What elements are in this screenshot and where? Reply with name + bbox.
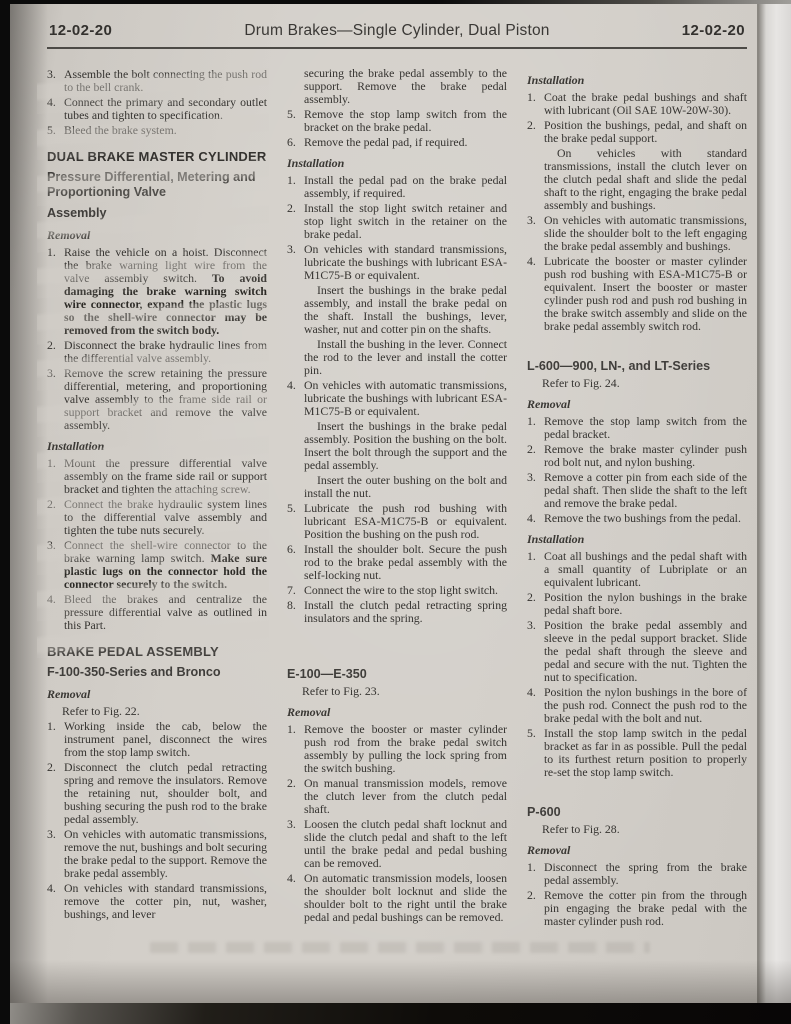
list-item: 6.Remove the pedal pad, if required. [287, 136, 507, 149]
list-item: 3.Loosen the clutch pedal shaft locknut … [287, 818, 507, 870]
list-item-number: 5. [527, 727, 544, 779]
list-item-text: Disconnect the spring from the brake ped… [544, 861, 747, 887]
binding-shadow [10, 3, 48, 1024]
list-item-number: 3. [527, 619, 544, 684]
list-item-text: On manual transmission models, remove th… [304, 777, 507, 816]
section-heading: DUAL BRAKE MASTER CYLINDER [47, 149, 267, 164]
subsection-heading: L-600—900, LN-, and LT-Series [527, 359, 747, 374]
list-item: 1.Mount the pressure differential valve … [47, 457, 267, 496]
reference-paragraph: Refer to Fig. 28. [527, 823, 747, 836]
list-item: 4.Connect the primary and secondary outl… [47, 96, 267, 122]
list-item-number: 1. [527, 861, 544, 887]
list-item: 1.Remove the booster or master cylinder … [287, 723, 507, 775]
scan-left-edge [0, 0, 10, 1024]
list-item: 2.On manual transmission models, remove … [287, 777, 507, 816]
list-item-text: Remove the brake master cylinder push ro… [544, 443, 747, 469]
list-paragraph: Insert the bushings in the brake pedal a… [304, 284, 507, 336]
list-item-text: Remove the two bushings from the pedal. [544, 512, 747, 525]
list-item-number: 1. [287, 723, 304, 775]
section-heading: BRAKE PEDAL ASSEMBLY [47, 644, 267, 659]
reference-paragraph: Refer to Fig. 22. [47, 705, 267, 718]
list-item-number: 8. [287, 599, 304, 625]
column-container: 3.Assemble the bolt connecting the push … [47, 66, 747, 930]
list-item: 6.Install the shoulder bolt. Secure the … [287, 543, 507, 582]
list-item: 5.Lubricate the push rod bushing with lu… [287, 502, 507, 541]
list-item-number: 3. [47, 68, 64, 94]
list-item-number: 6. [287, 136, 304, 149]
list-item: 3.Remove the screw retaining the pressur… [47, 367, 267, 432]
list-item-text: On vehicles with standard transmissions,… [64, 882, 267, 921]
list-item-number: 4. [47, 882, 64, 921]
list-item: 3.On vehicles with standard transmission… [287, 243, 507, 282]
list-item-text: Remove the cotter pin from the through p… [544, 889, 747, 928]
list-item-number: 1. [287, 174, 304, 200]
list-item-number: 4. [47, 593, 64, 632]
list-item: 2.Position the bushings, pedal, and shaf… [527, 119, 747, 145]
list-item: 2.Disconnect the clutch pedal retracting… [47, 761, 267, 826]
list-item: 8.Install the clutch pedal retracting sp… [287, 599, 507, 625]
list-item: 3.Position the brake pedal assembly and … [527, 619, 747, 684]
list-item-text: Connect the primary and secondary outlet… [64, 96, 267, 122]
manual-page: 12-02-20 Drum Brakes—Single Cylinder, Du… [10, 3, 759, 1024]
list-item: 2.Connect the brake hydraulic system lin… [47, 498, 267, 537]
list-item-number: 3. [47, 828, 64, 880]
list-item-text: Install the pedal pad on the brake pedal… [304, 174, 507, 200]
scanned-manual-page: 12-02-20 Drum Brakes—Single Cylinder, Du… [0, 0, 791, 1024]
list-item-number: 2. [47, 761, 64, 826]
column-left: 3.Assemble the bolt connecting the push … [47, 66, 267, 930]
list-item-text: Coat all bushings and the pedal shaft wi… [544, 550, 747, 589]
procedure-label: Removal [47, 688, 267, 701]
list-item-text: Mount the pressure differential valve as… [64, 457, 267, 496]
column-right: Installation1.Coat the brake pedal bushi… [527, 66, 747, 930]
list-item: 2.Install the stop light switch retainer… [287, 202, 507, 241]
procedure-label: Removal [527, 844, 747, 857]
list-item: 3.On vehicles with automatic transmissio… [527, 214, 747, 253]
list-item: 1.Remove the stop lamp switch from the p… [527, 415, 747, 441]
list-item-number: 4. [47, 96, 64, 122]
list-item-number: 1. [527, 91, 544, 117]
list-item-text: Assemble the bolt connecting the push ro… [64, 68, 267, 94]
reference-paragraph: Refer to Fig. 23. [287, 685, 507, 698]
list-paragraph: Insert the bushings in the brake pedal a… [304, 420, 507, 472]
list-item: 4.On vehicles with standard transmission… [47, 882, 267, 921]
list-item-text: Connect the shell-wire connector to the … [64, 539, 267, 591]
page-number-right: 12-02-20 [595, 22, 745, 39]
procedure-label: Installation [527, 74, 747, 87]
list-item: 3.Remove a cotter pin from each side of … [527, 471, 747, 510]
page-title: Drum Brakes—Single Cylinder, Dual Piston [199, 22, 595, 40]
list-item-text: Coat the brake pedal bushings and shaft … [544, 91, 747, 117]
list-item-number: 6. [287, 543, 304, 582]
procedure-label: Removal [47, 229, 267, 242]
list-item-text: On vehicles with automatic transmissions… [64, 828, 267, 880]
list-item-text: Remove the stop lamp switch from the ped… [544, 415, 747, 441]
list-item-text: On vehicles with standard transmissions,… [304, 243, 507, 282]
list-item-text: Remove the booster or master cylinder pu… [304, 723, 507, 775]
subsection-heading: E-100—E-350 [287, 667, 507, 682]
procedure-label: Installation [527, 533, 747, 546]
list-item-text: Install the shoulder bolt. Secure the pu… [304, 543, 507, 582]
list-item-number: 2. [527, 443, 544, 469]
list-item-text: On vehicles with automatic transmissions… [544, 214, 747, 253]
list-item-number: 2. [527, 889, 544, 928]
list-item: 2.Remove the brake master cylinder push … [527, 443, 747, 469]
subsection-heading: Pressure Differential, Metering and Prop… [47, 170, 267, 200]
page-number-left: 12-02-20 [49, 22, 199, 39]
list-item-number: 3. [47, 367, 64, 432]
list-item-text: Connect the brake hydraulic system lines… [64, 498, 267, 537]
list-item-number: 5. [287, 108, 304, 134]
list-item-text: Install the clutch pedal retracting spri… [304, 599, 507, 625]
list-item-number: 5. [47, 124, 64, 137]
list-item-number: 4. [287, 379, 304, 418]
list-item-text: Disconnect the brake hydraulic lines fro… [64, 339, 267, 365]
list-item: 1.Coat all bushings and the pedal shaft … [527, 550, 747, 589]
list-item-text: Install the stop lamp switch in the peda… [544, 727, 747, 779]
list-item: 4.Remove the two bushings from the pedal… [527, 512, 747, 525]
list-item: 1.Coat the brake pedal bushings and shaf… [527, 91, 747, 117]
list-item-number: 1. [527, 415, 544, 441]
header-rule [47, 47, 747, 49]
list-item: 3.Assemble the bolt connecting the push … [47, 68, 267, 94]
list-item: 4.Lubricate the booster or master cylind… [527, 255, 747, 333]
list-item-text: Position the brake pedal assembly and sl… [544, 619, 747, 684]
list-paragraph: Install the bushing in the lever. Connec… [304, 338, 507, 377]
list-item-number: 3. [287, 243, 304, 282]
list-item-number: 4. [527, 686, 544, 725]
list-item-text: Install the stop light switch retainer a… [304, 202, 507, 241]
list-item: 4.Position the nylon bushings in the bor… [527, 686, 747, 725]
list-item-text: Working inside the cab, below the instru… [64, 720, 267, 759]
list-item-text: Remove the stop lamp switch from the bra… [304, 108, 507, 134]
list-item: 5.Bleed the brake system. [47, 124, 267, 137]
list-item-text: On automatic transmission models, loosen… [304, 872, 507, 924]
list-item-text: Bleed the brakes and centralize the pres… [64, 593, 267, 632]
list-item: 4.On automatic transmission models, loos… [287, 872, 507, 924]
list-item-number: 2. [287, 202, 304, 241]
list-item: 1.Raise the vehicle on a hoist. Disconne… [47, 246, 267, 337]
list-item-number: 2. [47, 498, 64, 537]
list-item-number: 5. [287, 502, 304, 541]
procedure-label: Installation [47, 440, 267, 453]
column-middle: securing the brake pedal assembly to the… [287, 66, 507, 930]
list-item-number: 2. [527, 119, 544, 145]
list-item: 1.Install the pedal pad on the brake ped… [287, 174, 507, 200]
list-item: 7.Connect the wire to the stop light swi… [287, 584, 507, 597]
procedure-label: Installation [287, 157, 507, 170]
list-item: 1.Working inside the cab, below the inst… [47, 720, 267, 759]
list-item-text: Lubricate the booster or master cylinder… [544, 255, 747, 333]
list-item-text: Connect the wire to the stop light switc… [304, 584, 507, 597]
list-item-text: Loosen the clutch pedal shaft locknut an… [304, 818, 507, 870]
list-item: 2.Disconnect the brake hydraulic lines f… [47, 339, 267, 365]
subsection-heading: Assembly [47, 206, 267, 221]
list-item-number: 3. [527, 214, 544, 253]
list-item: 3.Connect the shell-wire connector to th… [47, 539, 267, 591]
subsection-heading: F-100-350-Series and Bronco [47, 665, 267, 680]
procedure-label: Removal [287, 706, 507, 719]
list-paragraph: Insert the outer bushing on the bolt and… [304, 474, 507, 500]
scan-top-edge [0, 0, 791, 4]
list-item-text: Position the bushings, pedal, and shaft … [544, 119, 747, 145]
list-item-text: Position the nylon bushings in the bore … [544, 686, 747, 725]
list-item-text: Lubricate the push rod bushing with lubr… [304, 502, 507, 541]
list-item-number: 2. [287, 777, 304, 816]
list-item-text: Remove the pedal pad, if required. [304, 136, 507, 149]
list-item: 3.On vehicles with automatic transmissio… [47, 828, 267, 880]
list-item-number: 3. [287, 818, 304, 870]
list-item: 5.Remove the stop lamp switch from the b… [287, 108, 507, 134]
list-item-number: 4. [527, 255, 544, 333]
list-item: 4.Bleed the brakes and centralize the pr… [47, 593, 267, 632]
list-item: 2.Position the nylon bushings in the bra… [527, 591, 747, 617]
reference-paragraph: Refer to Fig. 24. [527, 377, 747, 390]
scan-bottom-edge [0, 1003, 791, 1024]
list-item: 1.Disconnect the spring from the brake p… [527, 861, 747, 887]
list-item-text: Position the nylon bushings in the brake… [544, 591, 747, 617]
list-item-number: 1. [47, 720, 64, 759]
list-item-text: Remove a cotter pin from each side of th… [544, 471, 747, 510]
list-item-number: 3. [527, 471, 544, 510]
list-item: 5.Install the stop lamp switch in the pe… [527, 727, 747, 779]
list-item-number: 1. [47, 457, 64, 496]
list-item-number: 1. [47, 246, 64, 337]
procedure-label: Removal [527, 398, 747, 411]
page-header: 12-02-20 Drum Brakes—Single Cylinder, Du… [47, 22, 747, 40]
list-item-text: Disconnect the clutch pedal retracting s… [64, 761, 267, 826]
continuation-paragraph: securing the brake pedal assembly to the… [304, 67, 507, 106]
list-item-text: On vehicles with automatic transmissions… [304, 379, 507, 418]
list-item-number: 1. [527, 550, 544, 589]
list-item-text: Raise the vehicle on a hoist. Disconnect… [64, 246, 267, 337]
list-item-number: 4. [527, 512, 544, 525]
list-paragraph: On vehicles with standard transmissions,… [544, 147, 747, 212]
list-item: 4.On vehicles with automatic transmissio… [287, 379, 507, 418]
list-item-text: Remove the screw retaining the pressure … [64, 367, 267, 432]
list-item-number: 7. [287, 584, 304, 597]
list-item-number: 2. [527, 591, 544, 617]
list-item: 2.Remove the cotter pin from the through… [527, 889, 747, 928]
list-item-number: 2. [47, 339, 64, 365]
page-edge-strip [759, 0, 791, 1024]
list-item-number: 3. [47, 539, 64, 591]
page-edge-line [757, 3, 759, 1024]
subsection-heading: P-600 [527, 805, 747, 820]
list-item-text: Bleed the brake system. [64, 124, 267, 137]
list-item-number: 4. [287, 872, 304, 924]
